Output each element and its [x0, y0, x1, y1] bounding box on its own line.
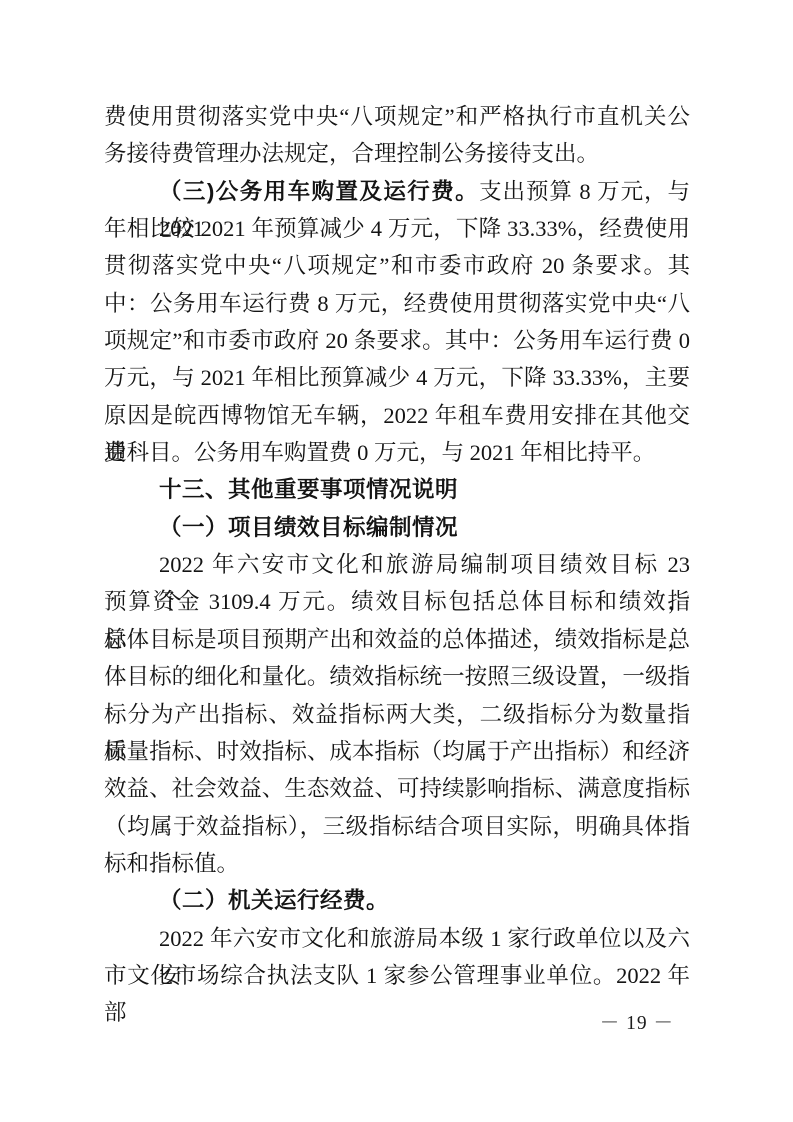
body-line: 市文化市场综合执法支队 1 家参公管理事业单位。2022 年部 [104, 957, 690, 994]
body-line-with-heading: （三)公务用车购置及运行费。支出预算 8 万元，与 2021 [104, 173, 690, 210]
body-line: 费科目。公务用车购置费 0 万元，与 2021 年相比持平。 [104, 434, 690, 471]
body-line: 总体目标是项目预期产出和效益的总体描述，绩效指标是总 [104, 621, 690, 658]
body-line: 原因是皖西博物馆无车辆，2022 年租车费用安排在其他交通 [104, 397, 690, 434]
section-heading: 十三、其他重要事项情况说明 [104, 471, 690, 508]
body-line: 年相比较 2021 年预算减少 4 万元，下降 33.33%，经费使用 [104, 210, 690, 247]
body-line: 务接待费管理办法规定，合理控制公务接待支出。 [104, 135, 690, 172]
inline-bold-heading: （三)公务用车购置及运行费。 [159, 179, 479, 204]
body-line: 贯彻落实党中央“八项规定”和市委市政府 20 条要求。其 [104, 247, 690, 284]
body-line: 中：公务用车运行费 8 万元，经费使用贯彻落实党中央“八 [104, 285, 690, 322]
document-page: 费使用贯彻落实党中央“八项规定”和严格执行市直机关公 务接待费管理办法规定，合理… [0, 0, 793, 1122]
body-line: 项规定”和市委市政府 20 条要求。其中：公务用车运行费 0 [104, 322, 690, 359]
body-line: 效益、社会效益、生态效益、可持续影响指标、满意度指标 [104, 770, 690, 807]
body-line: 标分为产出指标、效益指标两大类，二级指标分为数量指标、 [104, 696, 690, 733]
body-line: 万元，与 2021 年相比预算减少 4 万元，下降 33.33%，主要 [104, 359, 690, 396]
subsection-heading: （二）机关运行经费。 [104, 882, 690, 919]
body-line: 质量指标、时效指标、成本指标（均属于产出指标）和经济 [104, 733, 690, 770]
body-line: （均属于效益指标），三级指标结合项目实际，明确具体指 [104, 808, 690, 845]
body-line: 2022 年六安市文化和旅游局本级 1 家行政单位以及六安 [104, 920, 690, 957]
body-line: 标和指标值。 [104, 845, 690, 882]
page-number: － 19 － [600, 1011, 674, 1037]
text-block: 费使用贯彻落实党中央“八项规定”和严格执行市直机关公 务接待费管理办法规定，合理… [104, 98, 690, 994]
body-line: 费使用贯彻落实党中央“八项规定”和严格执行市直机关公 [104, 98, 690, 135]
body-line: 预算资金 3109.4 万元。绩效目标包括总体目标和绩效指标， [104, 583, 690, 620]
body-line: 体目标的细化和量化。绩效指标统一按照三级设置，一级指 [104, 658, 690, 695]
subsection-heading: （一）项目绩效目标编制情况 [104, 509, 690, 546]
body-line: 2022 年六安市文化和旅游局编制项目绩效目标 23 个， [104, 546, 690, 583]
